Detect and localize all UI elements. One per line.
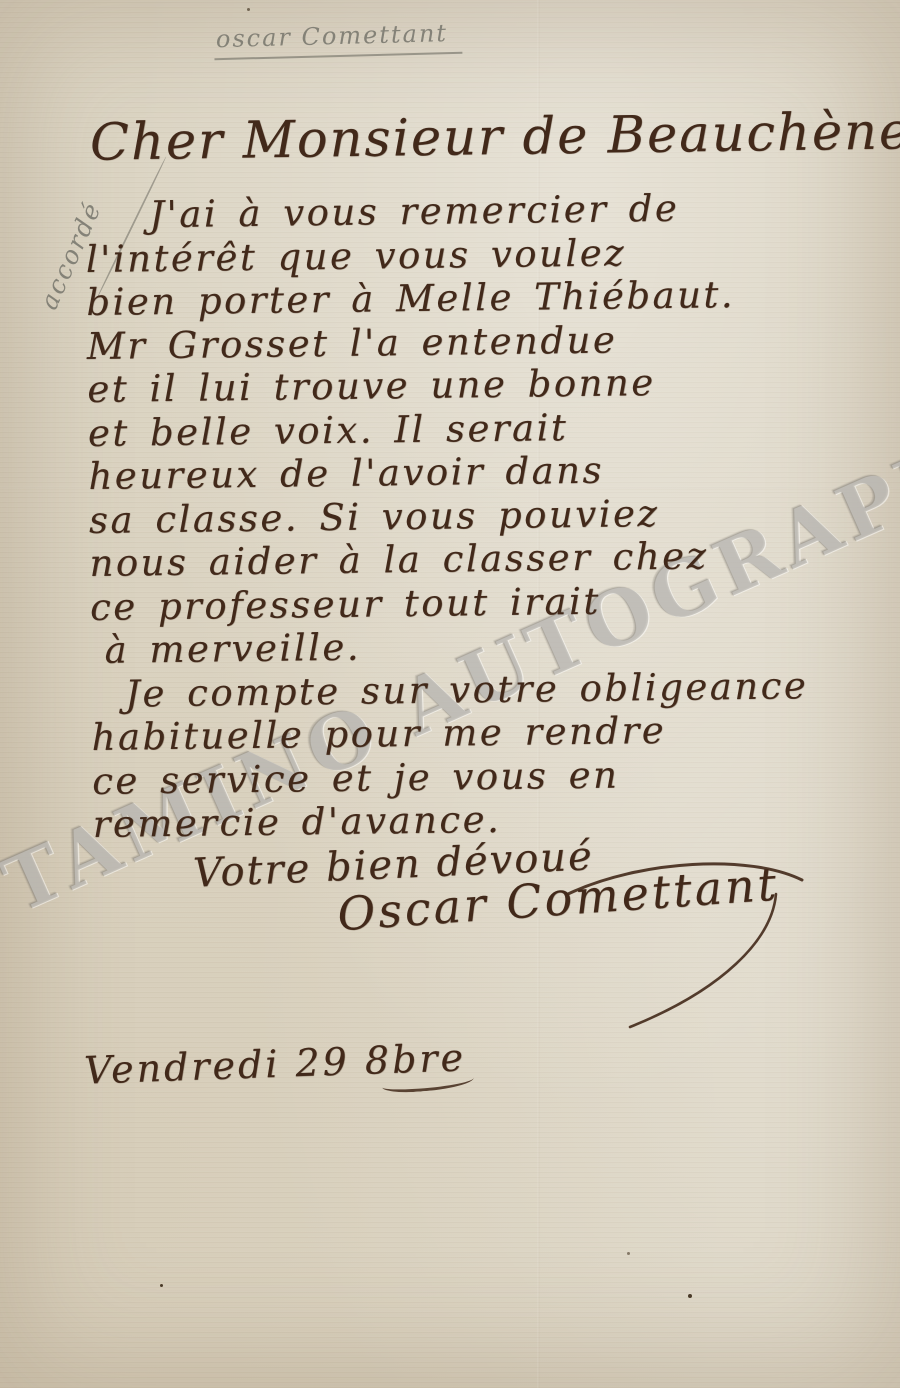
ink-speck — [688, 1294, 692, 1298]
letter-line: Je compte sur votre obligeance — [91, 664, 809, 716]
salutation-line: Cher Monsieur de Beauchène — [90, 102, 900, 172]
pencil-annotation-name: oscar Comettant — [214, 19, 463, 60]
letter-page: TAMINO AUTOGRAPHS oscar Comettant accord… — [0, 0, 900, 1388]
ink-speck — [627, 1252, 630, 1255]
ink-speck — [247, 8, 250, 11]
letter-line: nous aider à la classer chez — [89, 533, 807, 585]
ink-speck — [160, 1284, 163, 1287]
letter-body: J'ai à vous remercier de l'intérêt que v… — [85, 185, 810, 846]
letter-line: bien porter à Melle Thiébaut. — [86, 272, 804, 324]
